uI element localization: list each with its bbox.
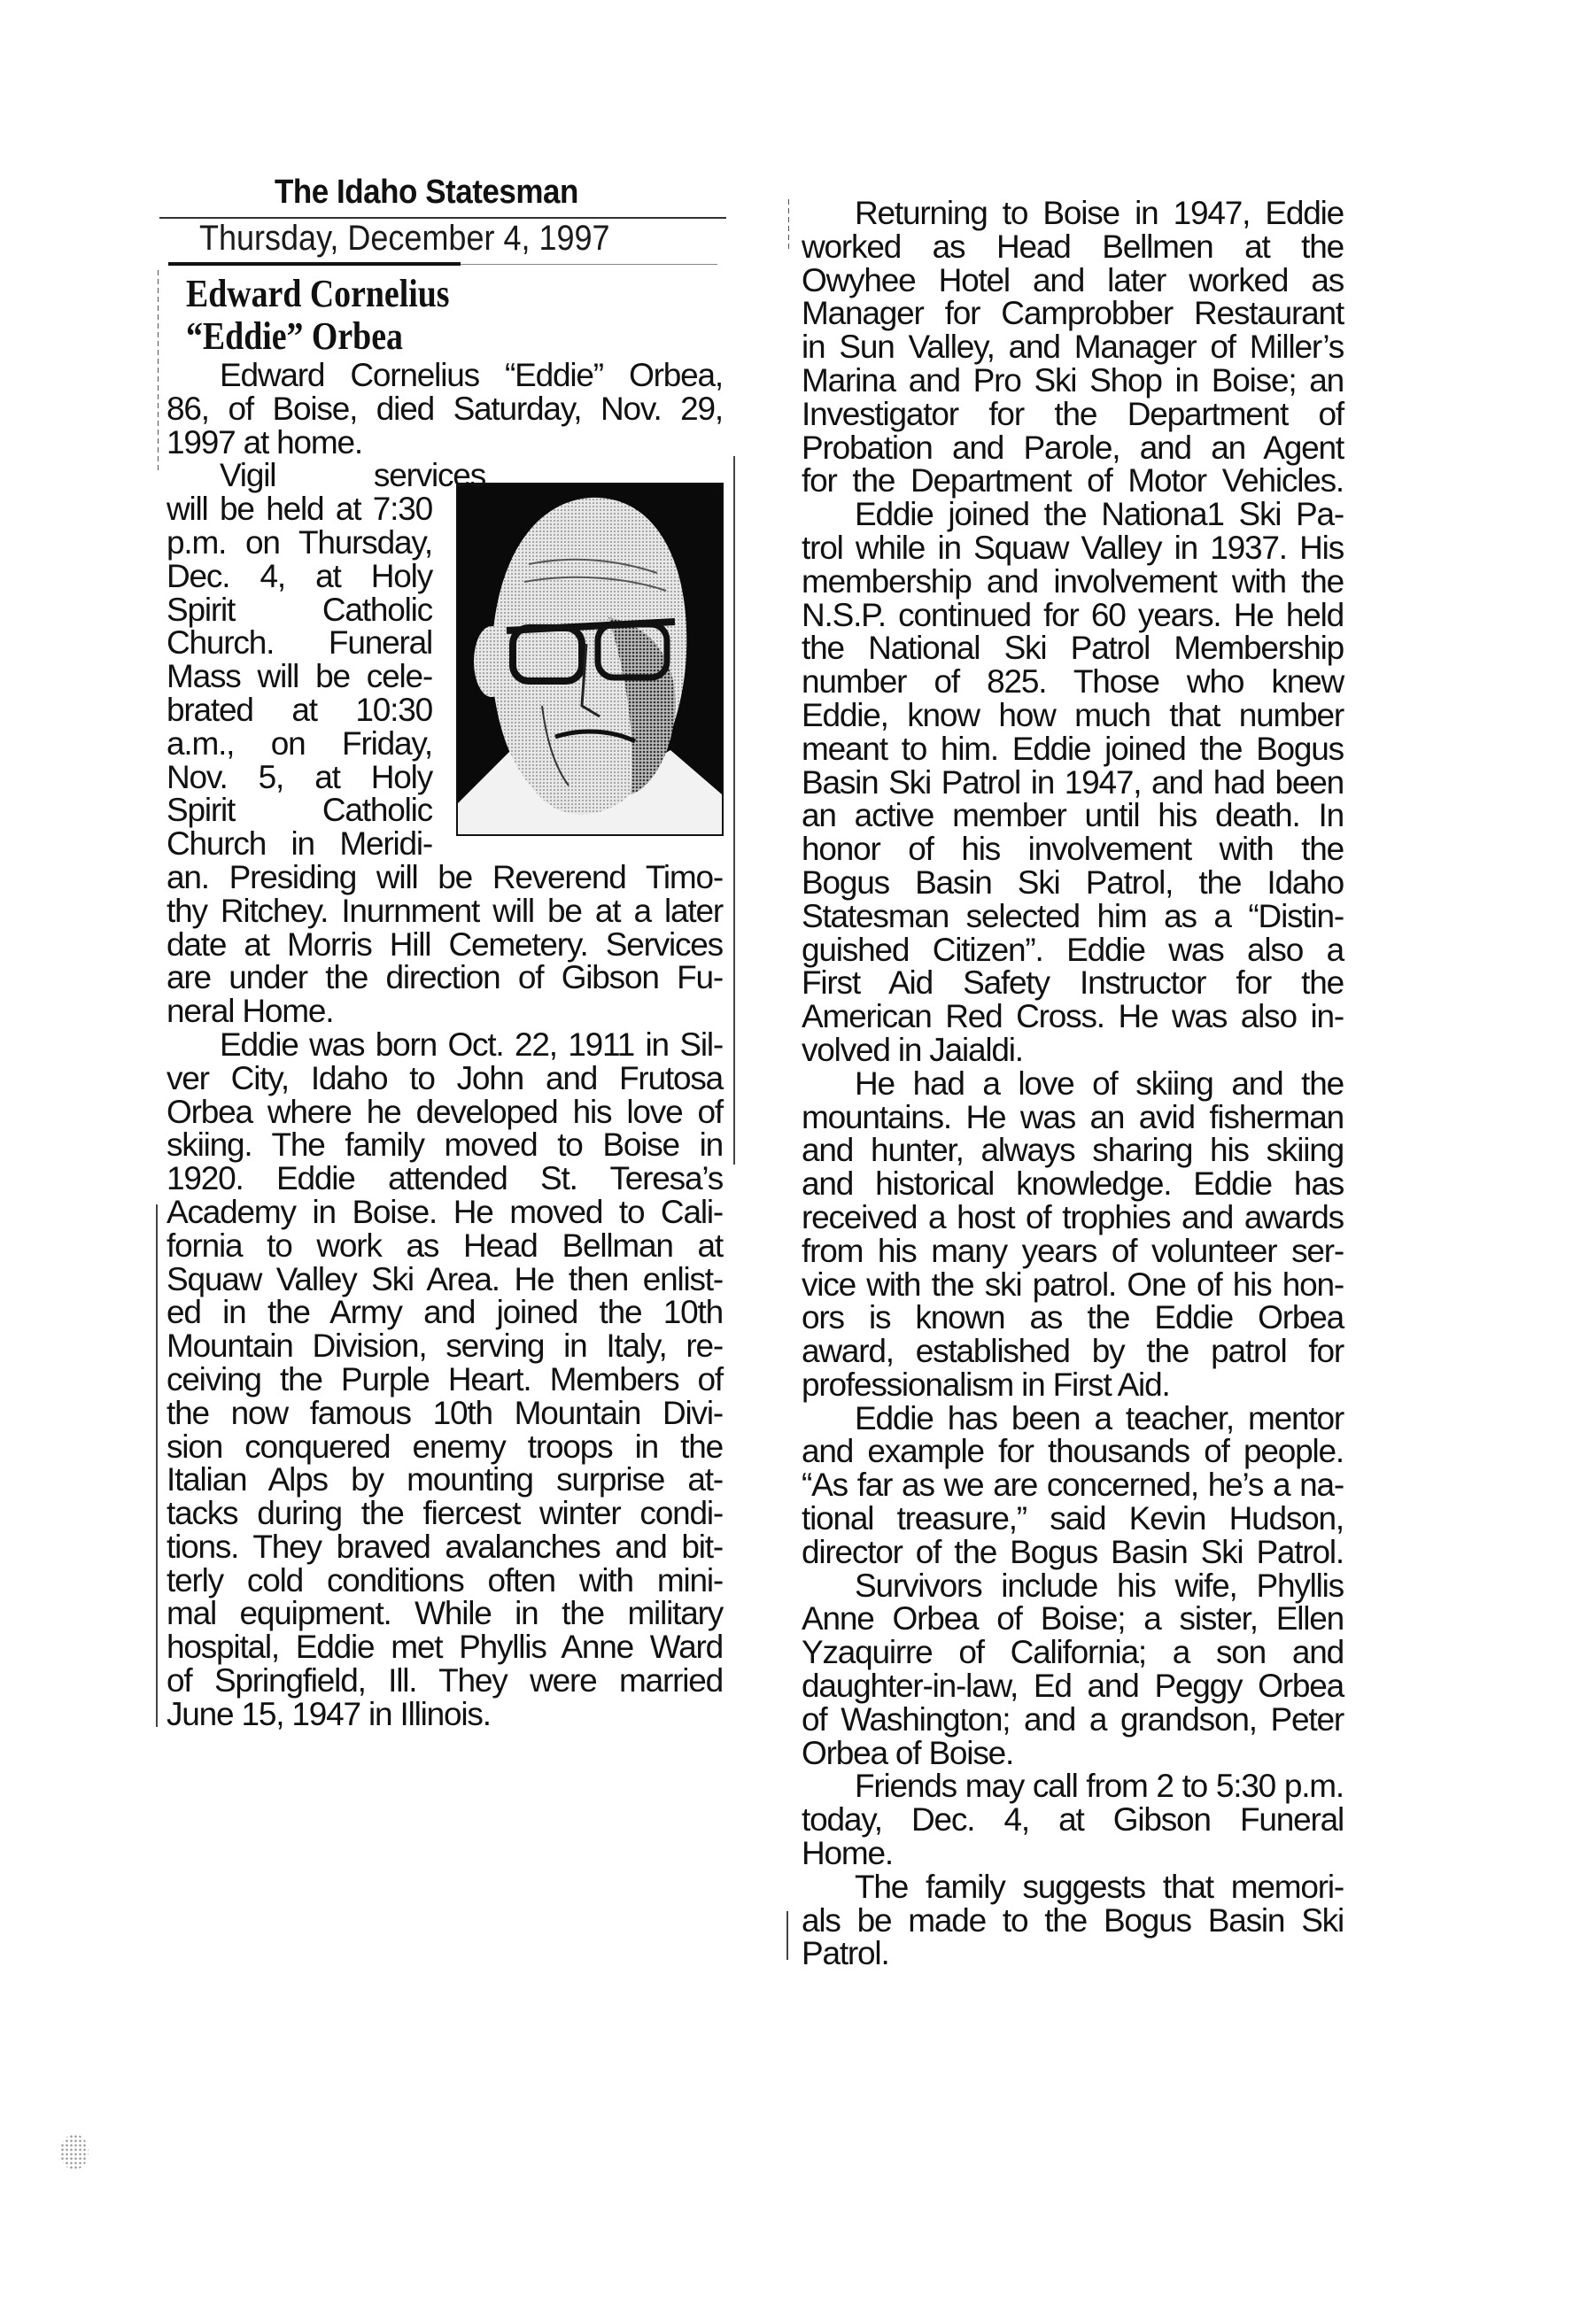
text-line: vice with the ski patrol. One of his hon…: [802, 1268, 1344, 1302]
text-line: Marina and Pro Ski Shop in Boise; an: [802, 364, 1344, 398]
right-column-edge-top: [788, 199, 789, 252]
text-line: Vigil services: [167, 459, 485, 492]
text-line: director of the Bogus Basin Ski Patrol.: [802, 1536, 1344, 1569]
text-line: ver City, Idaho to John and Frutosa: [167, 1062, 723, 1095]
text-line: Orbea of Boise.: [802, 1737, 1344, 1770]
text-line: brated at 10:30: [167, 693, 432, 727]
text-line: Church in Meridi-: [167, 827, 432, 861]
text-line: Investigator for the Department of: [802, 398, 1344, 431]
text-line: ors is known as the Eddie Orbea: [802, 1301, 1344, 1335]
date-rule-heavy: [168, 262, 461, 266]
text-line: Church. Funeral: [167, 626, 432, 660]
text-line: tional treasure,” said Kevin Hudson,: [802, 1502, 1344, 1536]
publication-name: The Idaho Statesman: [275, 174, 578, 212]
text-line: neral Home.: [167, 995, 723, 1028]
text-line: Spirit Catholic: [167, 794, 432, 827]
text-line: an. Presiding will be Reverend Timo-: [167, 861, 723, 894]
text-line: honor of his involvement with the: [802, 832, 1344, 866]
text-line: guished Citizen”. Eddie was also a: [802, 933, 1344, 967]
text-line: will be held at 7:30: [167, 492, 432, 526]
text-line: Edward Cornelius “Eddie” Orbea,: [167, 359, 723, 392]
text-line: Friends may call from 2 to 5:30 p.m.: [802, 1769, 1344, 1803]
text-line: the National Ski Patrol Membership: [802, 631, 1344, 665]
left-column-edge-bottom: [156, 1204, 158, 1727]
text-line: an active member until his death. In: [802, 799, 1344, 832]
text-line: today, Dec. 4, at Gibson Funeral: [802, 1803, 1344, 1837]
left-column-right-edge: [733, 456, 735, 1165]
text-line: meant to him. Eddie joined the Bogus: [802, 732, 1344, 766]
text-line: p.m. on Thursday,: [167, 526, 432, 560]
text-line: Eddie was born Oct. 22, 1911 in Sil-: [167, 1028, 723, 1062]
text-line: Home.: [802, 1837, 1344, 1870]
text-line: and example for thousands of people.: [802, 1435, 1344, 1468]
text-line: volved in Jaialdi.: [802, 1034, 1344, 1067]
text-line: date at Morris Hill Cemetery. Services: [167, 928, 723, 962]
left-column-edge-top: [158, 270, 159, 474]
text-line: Eddie joined the Nationa1 Ski Pa-: [802, 498, 1344, 531]
text-line: and historical knowledge. Eddie has: [802, 1167, 1344, 1201]
text-line: Probation and Parole, and an Agent: [802, 431, 1344, 465]
text-line: mal equipment. While in the military: [167, 1597, 723, 1630]
text-line: Mass will be cele-: [167, 660, 432, 693]
text-line: Eddie has been a teacher, mentor: [802, 1402, 1344, 1436]
text-line: for the Department of Motor Vehicles.: [802, 464, 1344, 498]
date-rule-light: [461, 264, 717, 265]
text-line: First Aid Safety Instructor for the: [802, 966, 1344, 1000]
text-line: American Red Cross. He was also in-: [802, 1000, 1344, 1034]
text-line: in Sun Valley, and Manager of Miller’s: [802, 330, 1344, 364]
text-line: thy Ritchey. Inurnment will be at a late…: [167, 894, 723, 928]
text-line: The family suggests that memori-: [802, 1870, 1344, 1904]
text-line: membership and involvement with the: [802, 565, 1344, 599]
text-line: award, established by the patrol for: [802, 1335, 1344, 1368]
text-line: a.m., on Friday,: [167, 727, 432, 761]
scan-speck: [60, 2134, 89, 2170]
text-line: Italian Alps by mounting surprise at-: [167, 1463, 723, 1497]
text-line: of Springfield, Ill. They were married: [167, 1664, 723, 1698]
text-line: from his many years of volunteer ser-: [802, 1235, 1344, 1268]
text-line: the now famous 10th Mountain Divi-: [167, 1397, 723, 1430]
text-line: of Washington; and a grandson, Peter: [802, 1703, 1344, 1737]
text-line: Dec. 4, at Holy: [167, 560, 432, 593]
text-line: Basin Ski Patrol in 1947, and had been: [802, 766, 1344, 800]
text-line: and hunter, always sharing his skiing: [802, 1134, 1344, 1167]
text-line: Patrol.: [802, 1937, 1344, 1970]
text-line: are under the direction of Gibson Fu-: [167, 961, 723, 995]
text-line: received a host of trophies and awards: [802, 1201, 1344, 1235]
text-line: als be made to the Bogus Basin Ski: [802, 1904, 1344, 1938]
left-column: Edward Cornelius “Eddie” Orbea,86, of Bo…: [167, 359, 723, 1731]
text-line: Returning to Boise in 1947, Eddie: [802, 197, 1344, 230]
text-line: ceiving the Purple Heart. Members of: [167, 1363, 723, 1397]
text-line: He had a love of skiing and the: [802, 1067, 1344, 1101]
text-line: skiing. The family moved to Boise in: [167, 1128, 723, 1162]
text-line: fornia to work as Head Bellman at: [167, 1229, 723, 1263]
obituary-title-line-2: “Eddie” Orbea: [186, 315, 403, 358]
text-line: 86, of Boise, died Saturday, Nov. 29,: [167, 392, 723, 426]
text-line: N.S.P. continued for 60 years. He held: [802, 599, 1344, 632]
text-line: Orbea where he developed his love of: [167, 1095, 723, 1129]
text-line: trol while in Squaw Valley in 1937. His: [802, 531, 1344, 565]
text-line: ed in the Army and joined the 10th: [167, 1296, 723, 1329]
text-line: Mountain Division, serving in Italy, re-: [167, 1329, 723, 1363]
publication-date: Thursday, December 4, 1997: [199, 219, 610, 259]
text-line: 1920. Eddie attended St. Teresa’s: [167, 1162, 723, 1196]
text-line: terly cold conditions often with mini-: [167, 1564, 723, 1598]
text-line: hospital, Eddie met Phyllis Anne Ward: [167, 1630, 723, 1664]
text-line: Eddie, know how much that number: [802, 699, 1344, 732]
text-line: mountains. He was an avid fisherman: [802, 1101, 1344, 1134]
text-line: Manager for Camprobber Restaurant: [802, 297, 1344, 330]
text-line: Nov. 5, at Holy: [167, 761, 432, 794]
right-column-edge-bottom: [786, 1911, 788, 1960]
text-line: professionalism in First Aid.: [802, 1368, 1344, 1402]
text-line: Owyhee Hotel and later worked as: [802, 264, 1344, 298]
text-line: number of 825. Those who knew: [802, 665, 1344, 699]
text-line: Academy in Boise. He moved to Cali-: [167, 1196, 723, 1229]
text-line: Bogus Basin Ski Patrol, the Idaho: [802, 866, 1344, 900]
right-column: Returning to Boise in 1947, Eddieworked …: [802, 197, 1344, 1970]
text-line: worked as Head Bellmen at the: [802, 230, 1344, 264]
text-line: Spirit Catholic: [167, 593, 432, 627]
text-line: 1997 at home.: [167, 426, 723, 460]
text-line: Statesman selected him as a “Distin-: [802, 900, 1344, 933]
text-line: Yzaquirre of California; a son and: [802, 1636, 1344, 1669]
text-line: Squaw Valley Ski Area. He then enlist-: [167, 1263, 723, 1297]
text-line: Survivors include his wife, Phyllis: [802, 1569, 1344, 1603]
obituary-title-line-1: Edward Cornelius: [186, 273, 450, 315]
text-line: tions. They braved avalanches and bit-: [167, 1530, 723, 1564]
text-line: June 15, 1947 in Illinois.: [167, 1698, 723, 1731]
text-line: tacks during the fiercest winter condi-: [167, 1497, 723, 1530]
text-line: sion conquered enemy troops in the: [167, 1430, 723, 1464]
text-line: Anne Orbea of Boise; a sister, Ellen: [802, 1602, 1344, 1636]
text-line: “As far as we are concerned, he’s a na-: [802, 1468, 1344, 1502]
text-line: daughter-in-law, Ed and Peggy Orbea: [802, 1669, 1344, 1703]
